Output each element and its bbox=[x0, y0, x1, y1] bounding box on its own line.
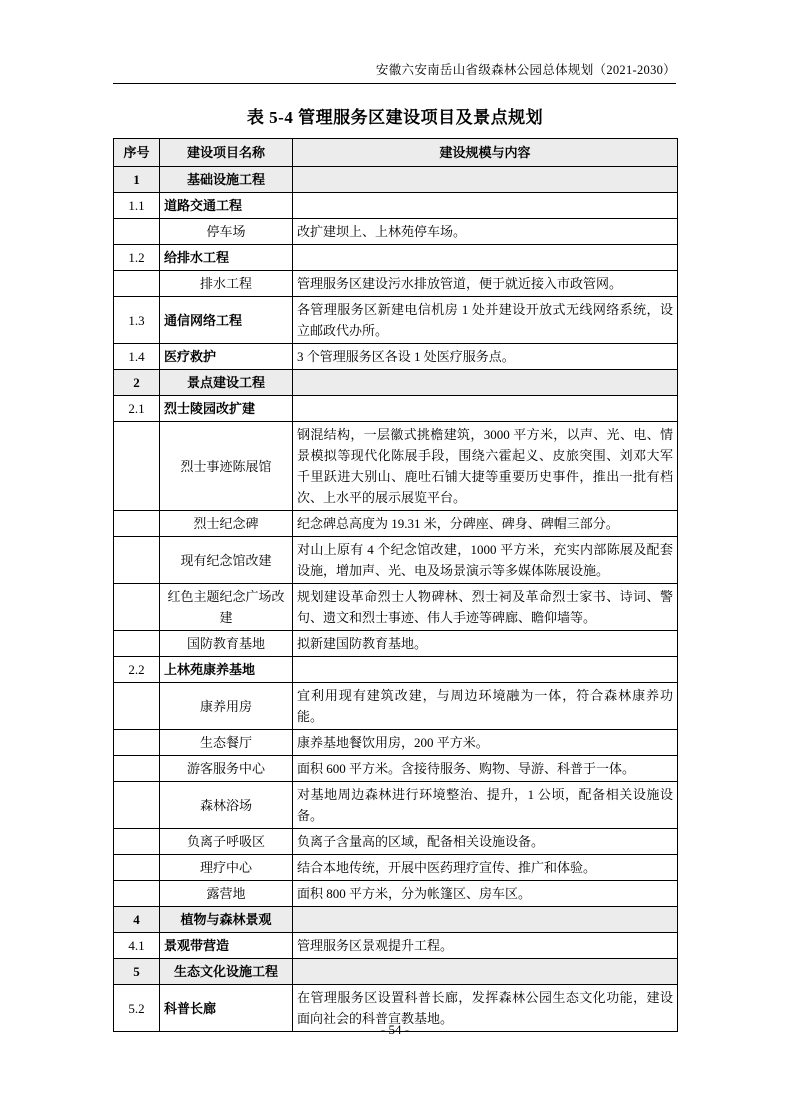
row-project-name: 景观带营造 bbox=[160, 933, 293, 959]
row-project-name: 基础设施工程 bbox=[160, 167, 293, 193]
row-content bbox=[293, 907, 678, 933]
column-header-no: 序号 bbox=[114, 139, 160, 167]
row-project-name: 植物与森林景观 bbox=[160, 907, 293, 933]
row-project-name: 生态文化设施工程 bbox=[160, 959, 293, 985]
table-row: 5 生态文化设施工程 bbox=[114, 959, 678, 985]
row-content: 宜利用现有建筑改建，与周边环境融为一体，符合森林康养功能。 bbox=[293, 683, 678, 730]
row-number: 2.1 bbox=[114, 396, 160, 422]
row-number bbox=[114, 782, 160, 829]
running-header: 安徽六安南岳山省级森林公园总体规划（2021-2030） bbox=[113, 60, 676, 84]
table-row: 1 基础设施工程 bbox=[114, 167, 678, 193]
table-row: 1.1 道路交通工程 bbox=[114, 193, 678, 219]
row-project-name: 露营地 bbox=[160, 881, 293, 907]
row-project-name: 红色主题纪念广场改建 bbox=[160, 584, 293, 631]
row-number: 1.2 bbox=[114, 245, 160, 271]
table-row: 4 植物与森林景观 bbox=[114, 907, 678, 933]
row-number bbox=[114, 511, 160, 537]
table-row: 1.4 医疗救护 3 个管理服务区各设 1 处医疗服务点。 bbox=[114, 344, 678, 370]
row-number: 5 bbox=[114, 959, 160, 985]
projects-table: 序号 建设项目名称 建设规模与内容 1 基础设施工程 1.1 道路交通工程 停车… bbox=[113, 138, 678, 1032]
row-project-name: 上林苑康养基地 bbox=[160, 657, 293, 683]
row-content: 纪念碑总高度为 19.31 米，分碑座、碑身、碑帽三部分。 bbox=[293, 511, 678, 537]
table-row: 生态餐厅 康养基地餐饮用房，200 平方米。 bbox=[114, 730, 678, 756]
row-project-name: 景点建设工程 bbox=[160, 370, 293, 396]
row-content bbox=[293, 657, 678, 683]
row-content: 规划建设革命烈士人物碑林、烈士祠及革命烈士家书、诗词、警句、遗文和烈士事迹、伟人… bbox=[293, 584, 678, 631]
row-project-name: 道路交通工程 bbox=[160, 193, 293, 219]
row-project-name: 现有纪念馆改建 bbox=[160, 537, 293, 584]
table-row: 森林浴场 对基地周边森林进行环境整治、提升，1 公顷，配备相关设施设备。 bbox=[114, 782, 678, 829]
row-content: 钢混结构，一层徽式挑檐建筑，3000 平方米，以声、光、电、情景模拟等现代化陈展… bbox=[293, 422, 678, 511]
row-number bbox=[114, 881, 160, 907]
row-content: 康养基地餐饮用房，200 平方米。 bbox=[293, 730, 678, 756]
table-row: 1.2 给排水工程 bbox=[114, 245, 678, 271]
row-project-name: 森林浴场 bbox=[160, 782, 293, 829]
row-number bbox=[114, 271, 160, 297]
column-header-content: 建设规模与内容 bbox=[293, 139, 678, 167]
row-number bbox=[114, 584, 160, 631]
row-number bbox=[114, 756, 160, 782]
row-number: 1.1 bbox=[114, 193, 160, 219]
row-content: 对山上原有 4 个纪念馆改建，1000 平方米，充实内部陈展及配套设施，增加声、… bbox=[293, 537, 678, 584]
row-content: 管理服务区建设污水排放管道，便于就近接入市政管网。 bbox=[293, 271, 678, 297]
table-row: 理疗中心 结合本地传统，开展中医药理疗宣传、推广和体验。 bbox=[114, 855, 678, 881]
row-project-name: 康养用房 bbox=[160, 683, 293, 730]
row-project-name: 给排水工程 bbox=[160, 245, 293, 271]
row-content: 面积 800 平方米，分为帐篷区、房车区。 bbox=[293, 881, 678, 907]
page-number: - 54 - bbox=[0, 1022, 790, 1038]
row-number: 4.1 bbox=[114, 933, 160, 959]
row-number: 2 bbox=[114, 370, 160, 396]
row-content: 负离子含量高的区域，配备相关设施设备。 bbox=[293, 829, 678, 855]
row-number bbox=[114, 730, 160, 756]
table-row: 烈士纪念碑 纪念碑总高度为 19.31 米，分碑座、碑身、碑帽三部分。 bbox=[114, 511, 678, 537]
row-content bbox=[293, 167, 678, 193]
row-number bbox=[114, 683, 160, 730]
row-project-name: 生态餐厅 bbox=[160, 730, 293, 756]
row-content bbox=[293, 370, 678, 396]
table-row: 露营地 面积 800 平方米，分为帐篷区、房车区。 bbox=[114, 881, 678, 907]
row-content: 拟新建国防教育基地。 bbox=[293, 631, 678, 657]
row-number bbox=[114, 829, 160, 855]
row-content: 面积 600 平方米。含接待服务、购物、导游、科普于一体。 bbox=[293, 756, 678, 782]
row-project-name: 通信网络工程 bbox=[160, 297, 293, 344]
row-project-name: 医疗救护 bbox=[160, 344, 293, 370]
row-project-name: 烈士纪念碑 bbox=[160, 511, 293, 537]
document-page: 安徽六安南岳山省级森林公园总体规划（2021-2030） 表 5-4 管理服务区… bbox=[0, 0, 790, 1118]
table-row: 2.1 烈士陵园改扩建 bbox=[114, 396, 678, 422]
table-row: 4.1 景观带营造 管理服务区景观提升工程。 bbox=[114, 933, 678, 959]
row-content: 各管理服务区新建电信机房 1 处并建设开放式无线网络系统，设立邮政代办所。 bbox=[293, 297, 678, 344]
row-number: 1 bbox=[114, 167, 160, 193]
row-number bbox=[114, 855, 160, 881]
table-row: 1.3 通信网络工程 各管理服务区新建电信机房 1 处并建设开放式无线网络系统，… bbox=[114, 297, 678, 344]
row-content bbox=[293, 193, 678, 219]
column-header-project-name: 建设项目名称 bbox=[160, 139, 293, 167]
row-number: 4 bbox=[114, 907, 160, 933]
row-content bbox=[293, 396, 678, 422]
row-content: 改扩建坝上、上林苑停车场。 bbox=[293, 219, 678, 245]
row-number bbox=[114, 219, 160, 245]
row-project-name: 排水工程 bbox=[160, 271, 293, 297]
table-row: 康养用房 宜利用现有建筑改建，与周边环境融为一体，符合森林康养功能。 bbox=[114, 683, 678, 730]
row-content: 对基地周边森林进行环境整治、提升，1 公顷，配备相关设施设备。 bbox=[293, 782, 678, 829]
table-row: 国防教育基地 拟新建国防教育基地。 bbox=[114, 631, 678, 657]
table-row: 红色主题纪念广场改建 规划建设革命烈士人物碑林、烈士祠及革命烈士家书、诗词、警句… bbox=[114, 584, 678, 631]
row-number: 1.4 bbox=[114, 344, 160, 370]
row-content: 3 个管理服务区各设 1 处医疗服务点。 bbox=[293, 344, 678, 370]
table-row: 2.2 上林苑康养基地 bbox=[114, 657, 678, 683]
table-title: 表 5-4 管理服务区建设项目及景点规划 bbox=[0, 103, 790, 128]
table-row: 停车场 改扩建坝上、上林苑停车场。 bbox=[114, 219, 678, 245]
table-row: 排水工程 管理服务区建设污水排放管道，便于就近接入市政管网。 bbox=[114, 271, 678, 297]
row-number bbox=[114, 537, 160, 584]
table-row: 烈士事迹陈展馆 钢混结构，一层徽式挑檐建筑，3000 平方米，以声、光、电、情景… bbox=[114, 422, 678, 511]
row-project-name: 停车场 bbox=[160, 219, 293, 245]
table-row: 现有纪念馆改建 对山上原有 4 个纪念馆改建，1000 平方米，充实内部陈展及配… bbox=[114, 537, 678, 584]
row-project-name: 游客服务中心 bbox=[160, 756, 293, 782]
row-project-name: 理疗中心 bbox=[160, 855, 293, 881]
row-number: 2.2 bbox=[114, 657, 160, 683]
row-content: 管理服务区景观提升工程。 bbox=[293, 933, 678, 959]
table-header-row: 序号 建设项目名称 建设规模与内容 bbox=[114, 139, 678, 167]
row-content: 结合本地传统，开展中医药理疗宣传、推广和体验。 bbox=[293, 855, 678, 881]
table-row: 负离子呼吸区 负离子含量高的区域，配备相关设施设备。 bbox=[114, 829, 678, 855]
table-row: 2 景点建设工程 bbox=[114, 370, 678, 396]
row-number: 1.3 bbox=[114, 297, 160, 344]
table-row: 游客服务中心 面积 600 平方米。含接待服务、购物、导游、科普于一体。 bbox=[114, 756, 678, 782]
row-project-name: 烈士陵园改扩建 bbox=[160, 396, 293, 422]
row-content bbox=[293, 959, 678, 985]
row-content bbox=[293, 245, 678, 271]
row-number bbox=[114, 631, 160, 657]
row-project-name: 烈士事迹陈展馆 bbox=[160, 422, 293, 511]
row-project-name: 国防教育基地 bbox=[160, 631, 293, 657]
row-project-name: 负离子呼吸区 bbox=[160, 829, 293, 855]
table-body: 1 基础设施工程 1.1 道路交通工程 停车场 改扩建坝上、上林苑停车场。 1.… bbox=[114, 167, 678, 1032]
row-number bbox=[114, 422, 160, 511]
